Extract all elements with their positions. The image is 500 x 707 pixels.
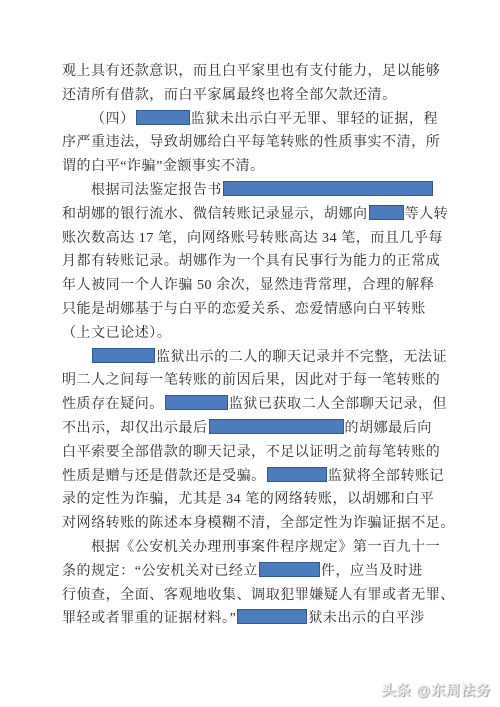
text-line: 行侦查，全面、客观地收集、调取犯罪嫌疑人有罪或者无罪、 (62, 584, 444, 608)
text-run: 性质是赠与还是借款还是受骗。 (62, 469, 266, 484)
text-run: 根据司法鉴定报告书 (91, 183, 222, 198)
text-run: （上文已论述）。 (62, 326, 171, 341)
text-line: （四）监狱未出示白平无罪、罪轻的证据，程 (62, 108, 444, 132)
text-line: 对网络转账的陈述本身模糊不清，全部定性为诈骗证据不足。 (62, 512, 444, 536)
text-line: 账次数高达 17 笔，向网络账号转账高达 34 笔，而且几乎每 (62, 227, 444, 251)
text-line: 观上具有还款意识，而且白平家里也有支付能力，足以能够 (62, 60, 444, 84)
text-run: 等人转 (405, 207, 449, 222)
redaction-block (92, 348, 155, 363)
redaction-block (165, 395, 228, 410)
text-line: （上文已论述）。 (62, 322, 444, 346)
redaction-block (259, 562, 320, 577)
text-line: 条的规定：“公安机关对已经立件，应当及时进 (62, 560, 444, 584)
document-page: 观上具有还款意识，而且白平家里也有支付能力，足以能够还清所有借款，而白平家属最终… (0, 0, 500, 707)
text-run: （四） (91, 112, 135, 127)
text-run: 还清所有借款，而白平家属最终也将全部欠款还清。 (62, 88, 397, 103)
redaction-block (136, 110, 190, 125)
text-run: 件，应当及时进 (321, 564, 423, 579)
text-run: 观上具有还款意识，而且白平家里也有支付能力，足以能够 (62, 64, 440, 79)
text-run: 监狱将全部转账记 (328, 469, 444, 484)
text-run: 只能是胡娜基于与白平的恋爱关系、恋爱情感向白平转账 (62, 302, 426, 317)
redaction-block (267, 467, 327, 482)
text-run: 年人被同一个人诈骗 50 余次，显然违背常理，合理的解释 (62, 278, 434, 293)
text-line: 和胡娜的银行流水、微信转账记录显示，胡娜向等人转 (62, 203, 444, 227)
text-line: 性质是赠与还是借款还是受骗。监狱将全部转账记 (62, 465, 444, 489)
redaction-block (237, 609, 307, 624)
text-run: 罪轻或者罪重的证据材料。” (62, 611, 236, 626)
text-run: 明二人之间每一笔转账的前因后果，因此对于每一笔转账的 (62, 373, 440, 388)
text-line: 根据《公安机关办理刑事案件程序规定》第一百九十一 (62, 536, 444, 560)
text-run: 行侦查，全面、客观地收集、调取犯罪嫌疑人有罪或者无罪、 (62, 588, 455, 603)
text-run: 对网络转账的陈述本身模糊不清，全部定性为诈骗证据不足。 (62, 516, 455, 531)
text-line: 录的定性为诈骗，尤其是 34 笔的网络转账，以胡娜和白平 (62, 488, 444, 512)
redaction-block (223, 181, 433, 196)
text-run: 条的规定：“公安机关对已经立 (62, 564, 258, 579)
text-line: 根据司法鉴定报告书 (62, 179, 444, 203)
text-line: 序严重违法，导致胡娜给白平每笔转账的性质事实不清，所 (62, 131, 444, 155)
text-line: 性质存在疑问。监狱已获取二人全部聊天记录，但 (62, 393, 444, 417)
text-line: 明二人之间每一笔转账的前因后果，因此对于每一笔转账的 (62, 369, 444, 393)
text-line: 谓的白平“诈骗”金额事实不清。 (62, 155, 444, 179)
text-run: 性质存在疑问。 (62, 397, 164, 412)
text-run: 根据《公安机关办理刑事案件程序规定》第一百九十一 (91, 540, 440, 555)
text-run: 序严重违法，导致胡娜给白平每笔转账的性质事实不清，所 (62, 135, 440, 150)
text-run: 监狱未出示白平无罪、罪轻的证据，程 (191, 112, 438, 127)
text-run: 不出示，却仅出示最后 (62, 421, 208, 436)
text-run: 和胡娜的银行流水、微信转账记录显示，胡娜向 (62, 207, 368, 222)
text-run: 监狱出示的二人的聊天记录并不完整，无法证 (156, 350, 447, 365)
text-line: 年人被同一个人诈骗 50 余次，显然违背常理，合理的解释 (62, 274, 444, 298)
document-body: 观上具有还款意识，而且白平家里也有支付能力，足以能够还清所有借款，而白平家属最终… (62, 60, 444, 631)
text-run: 的胡娜最后向 (345, 421, 432, 436)
text-line: 监狱出示的二人的聊天记录并不完整，无法证 (62, 346, 444, 370)
text-run: 月都有转账记录。胡娜作为一个具有民事行为能力的正常成 (62, 254, 440, 269)
text-line: 月都有转账记录。胡娜作为一个具有民事行为能力的正常成 (62, 250, 444, 274)
text-run: 谓的白平“诈骗”金额事实不清。 (62, 159, 265, 174)
text-run: 录的定性为诈骗，尤其是 34 笔的网络转账，以胡娜和白平 (62, 492, 434, 507)
text-run: 白平索要全部借款的聊天记录，不足以证明之前每笔转账的 (62, 445, 440, 460)
text-line: 罪轻或者罪重的证据材料。”狱未出示的白平涉 (62, 607, 444, 631)
text-line: 白平索要全部借款的聊天记录，不足以证明之前每笔转账的 (62, 441, 444, 465)
redaction-block (209, 419, 344, 434)
text-run: 账次数高达 17 笔，向网络账号转账高达 34 笔，而且几乎每 (62, 231, 443, 246)
text-line: 只能是胡娜基于与白平的恋爱关系、恋爱情感向白平转账 (62, 298, 444, 322)
text-run: 狱未出示的白平涉 (308, 611, 424, 626)
text-line: 还清所有借款，而白平家属最终也将全部欠款还清。 (62, 84, 444, 108)
text-run: 监狱已获取二人全部聊天记录，但 (229, 397, 447, 412)
watermark-text: 头条 @东周法务 (381, 680, 491, 700)
text-line: 不出示，却仅出示最后的胡娜最后向 (62, 417, 444, 441)
redaction-block (369, 205, 404, 220)
